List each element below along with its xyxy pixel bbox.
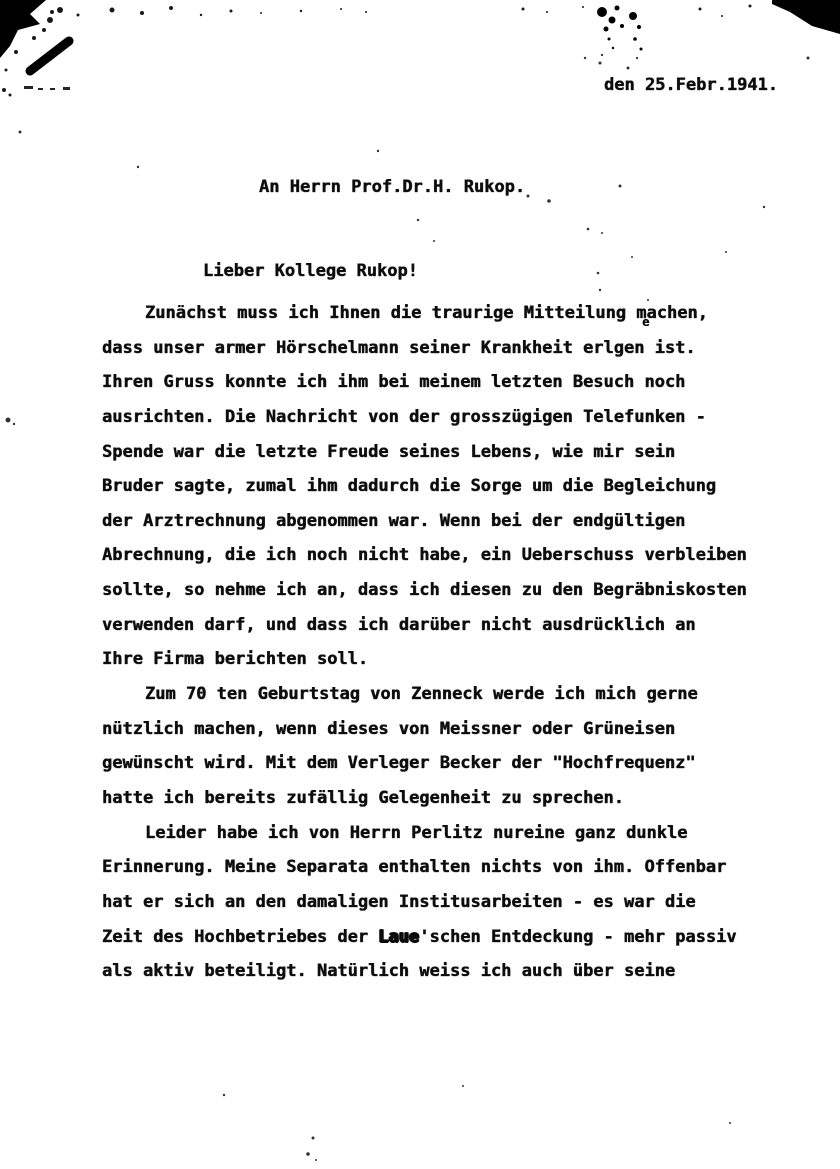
- letter-line: nützlich machen, wenn dieses von Meissne…: [102, 712, 792, 747]
- letter-line: als aktiv beteiligt. Natürlich weiss ich…: [102, 954, 792, 989]
- letter-line: sollte, so nehme ich an, dass ich diesen…: [102, 573, 792, 608]
- corner-artifact-top-left: [0, 0, 46, 58]
- letter-line: Zum 70 ten Geburtstag von Zenneck werde …: [102, 677, 792, 712]
- speck-cluster: [597, 6, 643, 60]
- letter-line: hat er sich an den damaligen Institusarb…: [102, 885, 792, 920]
- letter-line: Ihren Gruss konnte ich ihm bei meinem le…: [102, 365, 792, 400]
- letter-line: Spende war die letzte Freude seines Lebe…: [102, 435, 792, 470]
- letter-line: ausrichten. Die Nachricht von der grossz…: [102, 400, 792, 435]
- letter-line: hatte ich bereits zufällig Gelegenheit z…: [102, 781, 792, 816]
- date-line: den 25.Febr.1941.: [604, 72, 778, 98]
- typed-correction-mark: e: [642, 316, 649, 328]
- bottom-specks: [223, 1085, 731, 1161]
- letter-line: Abrechnung, die ich noch nicht habe, ein…: [102, 538, 792, 573]
- letter-line: dass unser armer Hörschelmann seiner Kra…: [102, 331, 792, 366]
- handwritten-slash-stroke: [30, 41, 69, 71]
- letter-line: Zunächst muss ich Ihnen die traurige Mit…: [102, 296, 792, 331]
- letter-line: der Arztrechnung abgenommen war. Wenn be…: [102, 504, 792, 539]
- overstruck-word: Laue: [378, 927, 419, 947]
- letter-line: Ihre Firma berichten soll.: [102, 642, 792, 677]
- line-segment: 'schen Entdeckung - mehr passiv: [419, 927, 736, 947]
- letter-line: gewünscht wird. Mit dem Verleger Becker …: [102, 746, 792, 781]
- letter-line: Leider habe ich von Herrn Perlitz nurein…: [102, 816, 792, 851]
- recipient-line: An Herrn Prof.Dr.H. Rukop.: [259, 174, 525, 200]
- letter-line: Erinnerung. Meine Separata enthalten nic…: [102, 850, 792, 885]
- scanned-letter-page: den 25.Febr.1941. An Herrn Prof.Dr.H. Ru…: [0, 0, 840, 1169]
- smudge-dashes: [24, 86, 70, 90]
- corner-artifact-top-right: [772, 0, 840, 34]
- letter-body: e Zunächst muss ich Ihnen die traurige M…: [102, 296, 792, 989]
- letter-line: verwenden darf, und dass ich darüber nic…: [102, 608, 792, 643]
- letter-line: Zeit des Hochbetriebes der Laue'schen En…: [102, 920, 792, 955]
- line-segment: Zeit des Hochbetriebes der: [102, 927, 378, 947]
- letter-line: Bruder sagte, zumal ihm dadurch die Sorg…: [102, 469, 792, 504]
- salutation-line: Lieber Kollege Rukop!: [203, 258, 418, 284]
